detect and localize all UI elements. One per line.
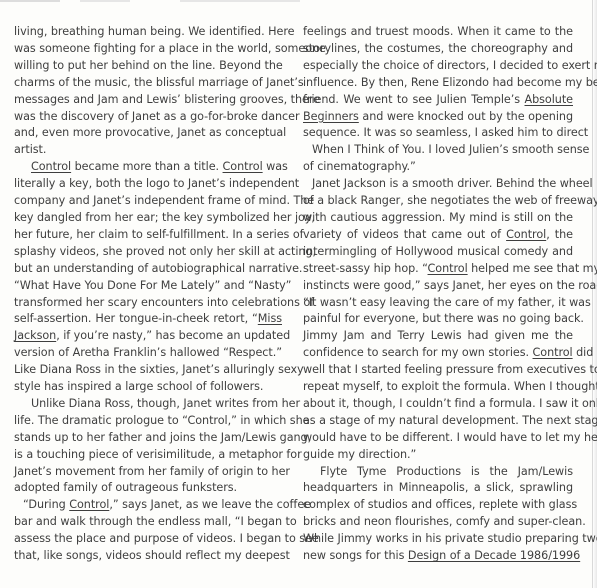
title-reference-control: Control — [506, 228, 546, 241]
text-run: became more than a title. — [71, 160, 222, 173]
text-run: new songs for this — [303, 549, 408, 562]
text-line: Control became more than a title. Contro… — [14, 159, 282, 176]
text-line: was someone fighting for a place in the … — [14, 41, 282, 58]
text-line: guide my direction.” — [303, 447, 573, 464]
text-run: ,” says Janet, as we leave the coffee — [109, 498, 311, 511]
title-reference-absolute-beginners: Beginners — [303, 110, 359, 123]
text-line: adopted family of outrageous funksters. — [14, 480, 282, 497]
text-run: “During — [23, 498, 69, 511]
text-run: street-sassy hip hop. “ — [303, 262, 428, 275]
text-line: living, breathing human being. We identi… — [14, 24, 282, 41]
text-run: variety of videos that came out of — [303, 228, 506, 241]
text-line: variety of videos that came out of Contr… — [303, 227, 573, 244]
text-line: self-assertion. Her tongue-in-cheek reto… — [14, 311, 282, 328]
text-line: Jackson, if you’re nasty,” has become an… — [14, 328, 282, 345]
text-run: and were knocked out by the opening — [359, 110, 573, 123]
text-line: “It wasn’t easy leaving the care of my f… — [303, 295, 573, 312]
text-line: Jimmy Jam and Terry Lewis had given me t… — [303, 328, 573, 345]
text-line: was the discovery of Janet as a go-for-b… — [14, 109, 282, 126]
text-line: bar and walk through the endless mall, “… — [14, 514, 282, 531]
text-column-left: living, breathing human being. We identi… — [14, 24, 282, 565]
text-line: her future, her claim to self-fulfillmen… — [14, 227, 282, 244]
text-line: Unlike Diana Ross, though, Janet writes … — [14, 396, 282, 413]
text-run: was — [263, 160, 288, 173]
title-reference-control: Control — [223, 160, 263, 173]
text-line: friend. We went to see Julien Temple’s A… — [303, 92, 573, 109]
text-line: Janet Jackson is a smooth driver. Behind… — [303, 176, 573, 193]
title-reference-miss-jackson: Jackson — [14, 329, 56, 342]
text-line: messages and Jam and Lewis’ blistering g… — [14, 92, 282, 109]
text-line: assess the place and purpose of videos. … — [14, 531, 282, 548]
text-line: “What Have You Done For Me Lately” and “… — [14, 278, 282, 295]
title-reference-absolute-beginners: Absolute — [525, 93, 574, 106]
text-line: and, even more provocative, Janet as con… — [14, 125, 282, 142]
text-line: bricks and neon flourishes, comfy and su… — [303, 514, 573, 531]
text-line: splashy videos, she proved not only her … — [14, 244, 282, 261]
title-reference-control: Control — [533, 346, 573, 359]
text-line: well that I started feeling pressure fro… — [303, 362, 573, 379]
text-line: version of Aretha Franklin’s hallowed “R… — [14, 345, 282, 362]
text-line: While Jimmy works in his private studio … — [303, 531, 573, 548]
text-line: headquarters in Minneapolis, a slick, sp… — [303, 480, 573, 497]
text-line: feelings and truest moods. When it came … — [303, 24, 573, 41]
text-line: life. The dramatic prologue to “Control,… — [14, 413, 282, 430]
text-line: artist. — [14, 142, 282, 159]
text-run: confidence to search for my own stories. — [303, 346, 533, 359]
text-line: literally a key, both the logo to Janet’… — [14, 176, 282, 193]
text-line: but an understanding of autobiographical… — [14, 261, 282, 278]
text-line: “During Control,” says Janet, as we leav… — [14, 497, 282, 514]
text-line: about it, though, I couldn’t find a form… — [303, 396, 573, 413]
text-run: friend. We went to see Julien Temple’s — [303, 93, 525, 106]
text-line: Like Diana Ross in the sixties, Janet’s … — [14, 362, 282, 379]
text-line: is a touching piece of verisimilitude, a… — [14, 447, 282, 464]
text-line: Janet’s movement from her family of orig… — [14, 464, 282, 481]
text-line: influence. By then, Rene Elizondo had be… — [303, 75, 573, 92]
text-line: charms of the music, the blissful marria… — [14, 75, 282, 92]
text-line: Beginners and were knocked out by the op… — [303, 109, 573, 126]
text-line: When I Think of You. I loved Julien’s sm… — [303, 142, 573, 159]
title-reference-control: Control — [428, 262, 468, 275]
text-line: complex of studios and offices, replete … — [303, 497, 573, 514]
title-reference-control: Control — [31, 160, 71, 173]
text-run: did so — [573, 346, 597, 359]
scan-top-edge — [0, 0, 597, 2]
text-line: instincts were good,” says Janet, her ey… — [303, 278, 573, 295]
text-line: of a black Ranger, she negotiates the we… — [303, 193, 573, 210]
text-line: style has inspired a large school of fol… — [14, 379, 282, 396]
text-column-right: feelings and truest moods. When it came … — [303, 24, 573, 565]
text-line: sequence. It was so seamless, I asked hi… — [303, 125, 573, 142]
text-line: company and Janet’s independent frame of… — [14, 193, 282, 210]
text-line: especially the choice of directors, I de… — [303, 58, 573, 75]
text-line: repeat myself, to exploit the formula. W… — [303, 379, 573, 396]
text-line: transformed her scary encounters into ce… — [14, 295, 282, 312]
text-line: as a stage of my natural development. Th… — [303, 413, 573, 430]
text-run: , the — [546, 228, 573, 241]
text-line: with cautious aggression. My mind is sti… — [303, 210, 573, 227]
text-line: Flyte Tyme Productions is the Jam/Lewis — [303, 464, 573, 481]
text-line: key dangled from her ear; the key symbol… — [14, 210, 282, 227]
text-line: stands up to her father and joins the Ja… — [14, 430, 282, 447]
text-line: confidence to search for my own stories.… — [303, 345, 573, 362]
title-reference-control: Control — [69, 498, 109, 511]
text-line: would have to be different. I would have… — [303, 430, 573, 447]
text-line: of cinematography.” — [303, 159, 573, 176]
text-line: painful for everyone, but there was no g… — [303, 311, 573, 328]
text-run: , if you’re nasty,” has become an update… — [56, 329, 290, 342]
text-line: willing to put her behind on the line. B… — [14, 58, 282, 75]
title-reference-design-of-a-decade: Design of a Decade 1986/1996 — [408, 549, 580, 562]
text-line: street-sassy hip hop. “Control helped me… — [303, 261, 573, 278]
title-reference-miss-jackson: Miss — [258, 312, 282, 325]
text-line: intermingling of Hollywood musical comed… — [303, 244, 573, 261]
text-line: new songs for this Design of a Decade 19… — [303, 548, 573, 565]
text-line: storylines, the costumes, the choreograp… — [303, 41, 573, 58]
text-line: that, like songs, videos should reflect … — [14, 548, 282, 565]
text-run: self-assertion. Her tongue-in-cheek reto… — [14, 312, 258, 325]
text-run: helped me see that my — [468, 262, 597, 275]
